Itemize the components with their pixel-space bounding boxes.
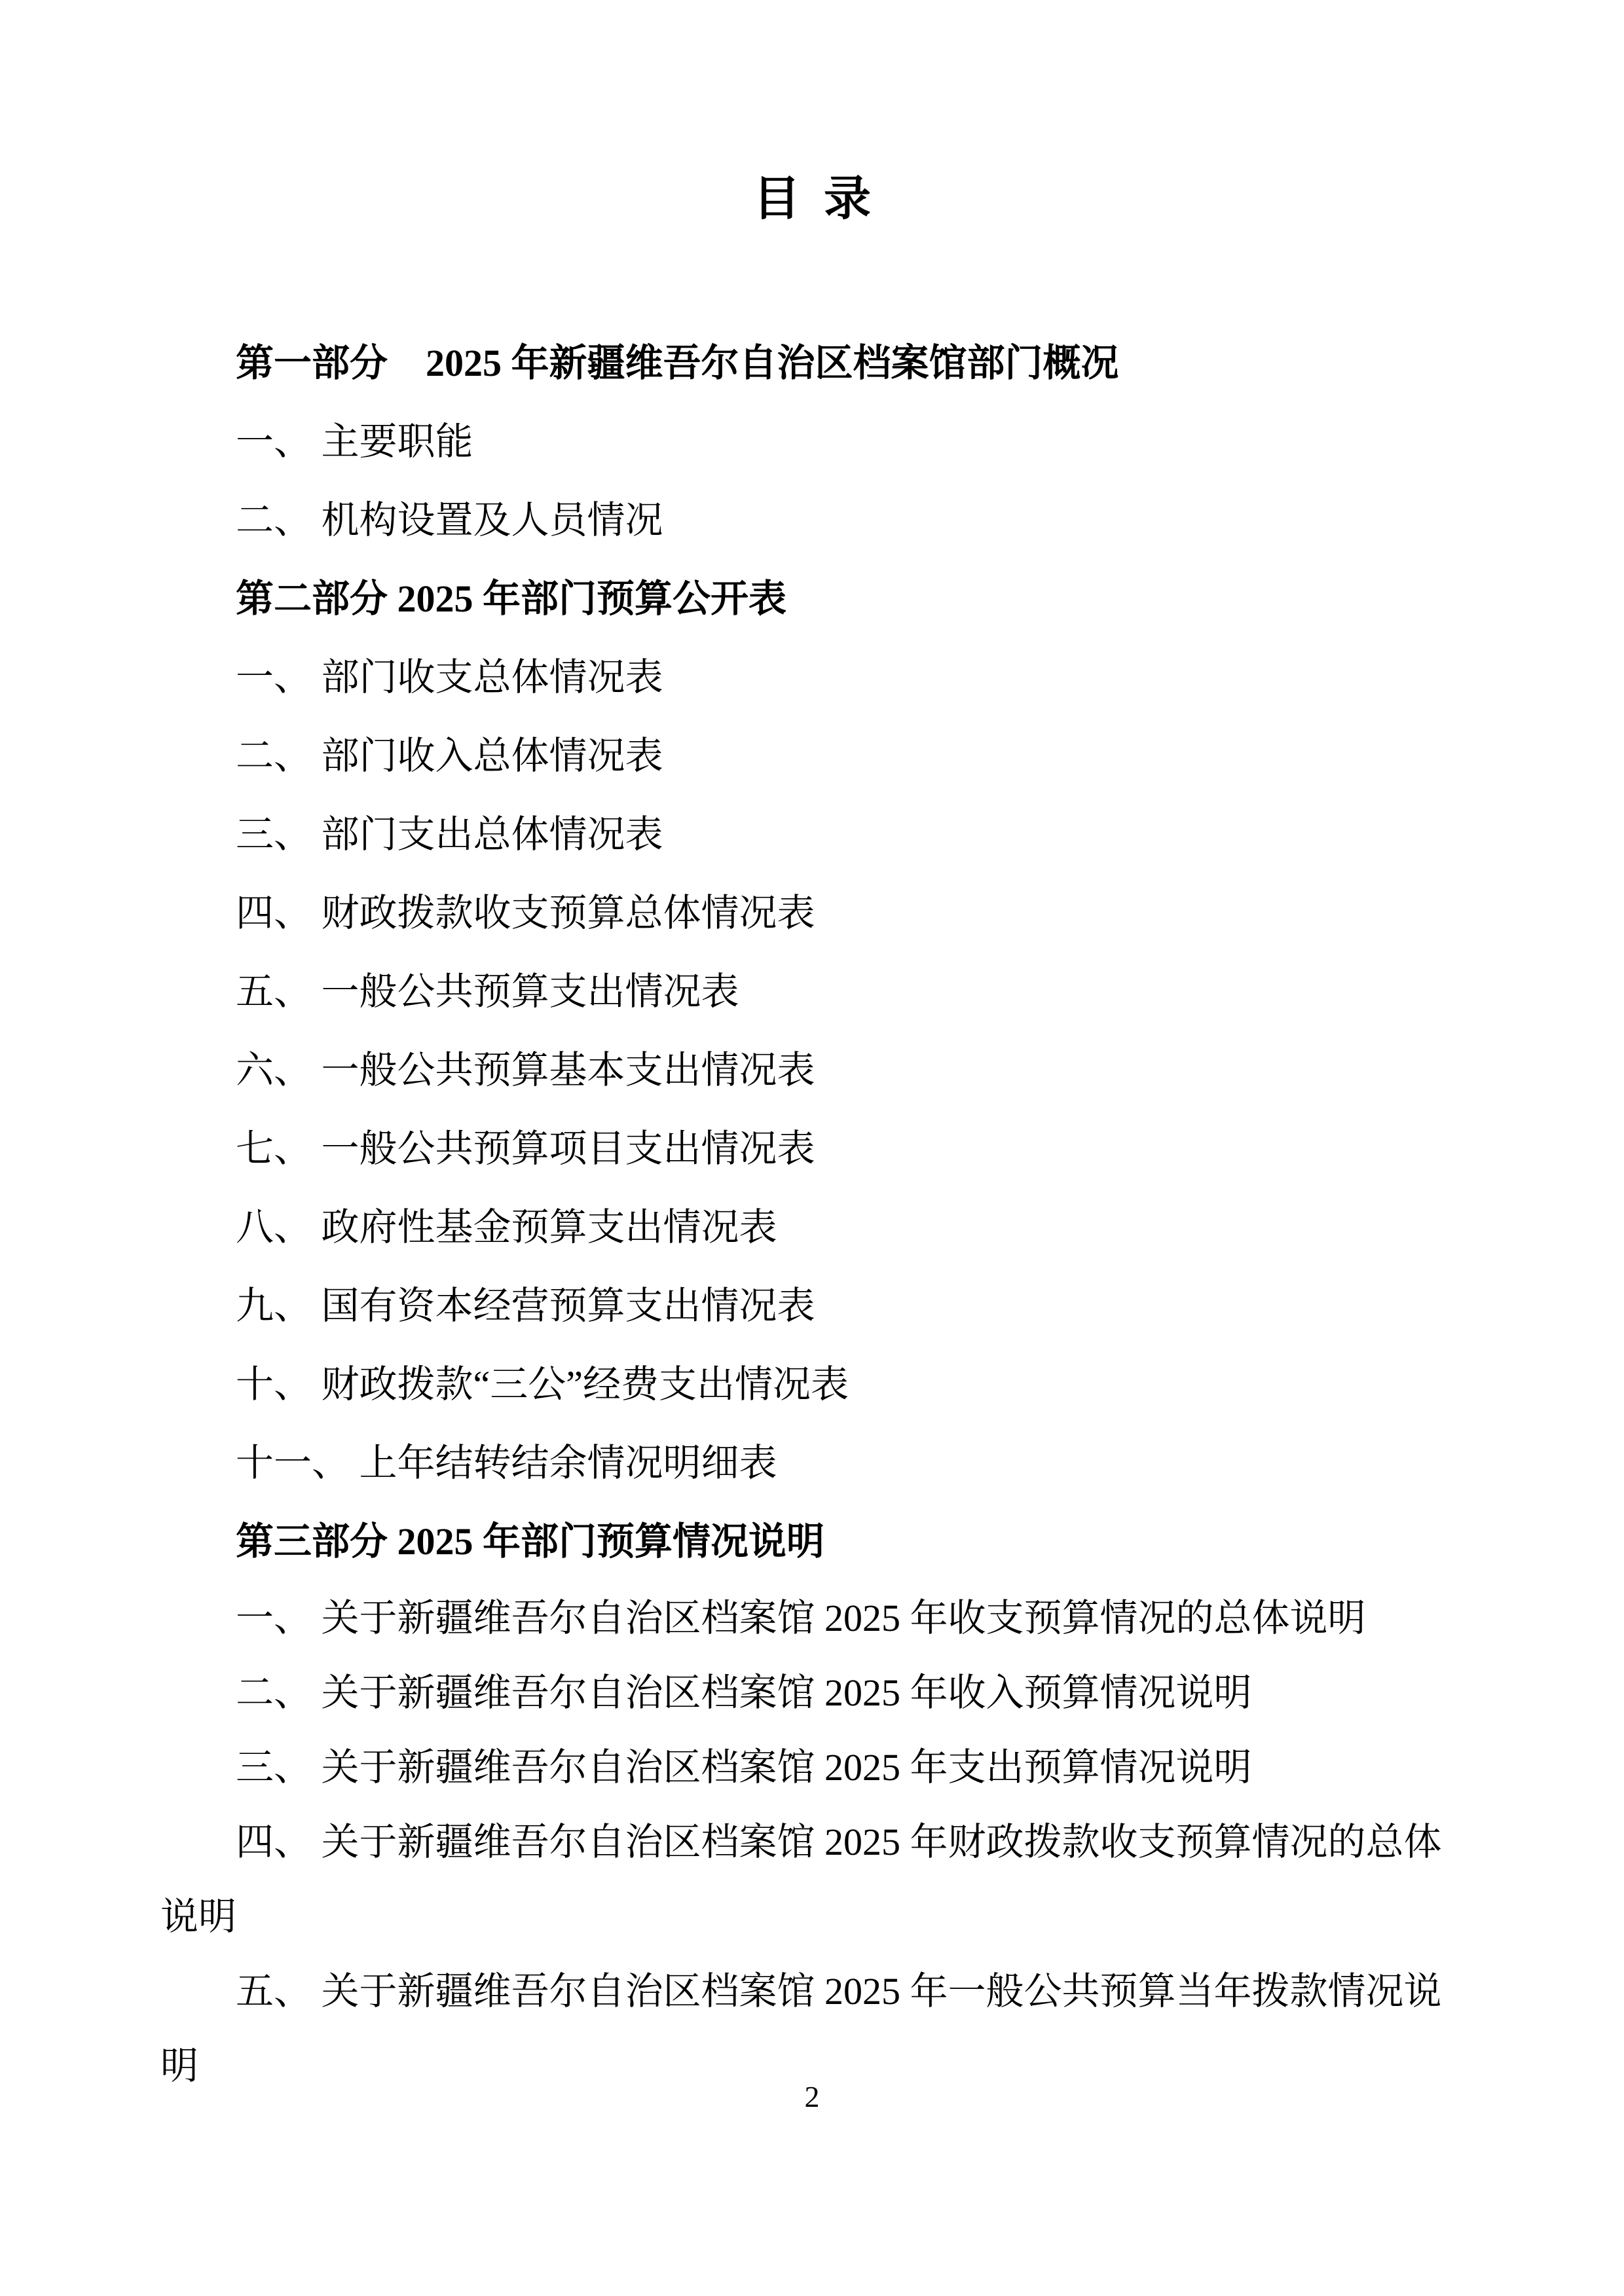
toc-item: 五、 关于新疆维吾尔自治区档案馆 2025 年一般公共预算当年拨款情况说明 xyxy=(160,1954,1503,2104)
toc-part-heading: 第三部分 2025 年部门预算情况说明 xyxy=(160,1503,1503,1581)
toc-item-line: 五、 关于新疆维吾尔自治区档案馆 2025 年一般公共预算当年拨款情况说 xyxy=(236,1970,1442,2013)
toc-item-line: 九、 国有资本经营预算支出情况表 xyxy=(236,1285,815,1327)
toc-item-line: 明 xyxy=(160,2045,198,2087)
toc: 第一部分 2025 年新疆维吾尔自治区档案馆部门概况一、 主要职能二、 机构设置… xyxy=(160,324,1503,2104)
toc-part-heading: 第一部分 2025 年新疆维吾尔自治区档案馆部门概况 xyxy=(160,324,1503,403)
toc-item: 八、 政府性基金预算支出情况表 xyxy=(160,1188,1503,1267)
toc-item-line: 三、 部门支出总体情况表 xyxy=(236,813,663,856)
toc-item: 一、 主要职能 xyxy=(160,403,1503,481)
toc-item: 一、 部门收支总体情况表 xyxy=(160,638,1503,717)
page-number: 2 xyxy=(0,2082,1624,2112)
toc-item: 十、 财政拨款“三公”经费支出情况表 xyxy=(160,1345,1503,1424)
toc-item-line: 五、 一般公共预算支出情况表 xyxy=(236,970,739,1013)
toc-item: 六、 一般公共预算基本支出情况表 xyxy=(160,1031,1503,1110)
toc-item-line: 说明 xyxy=(160,1895,236,1938)
toc-part-heading: 第二部分 2025 年部门预算公开表 xyxy=(160,560,1503,638)
toc-title: 目 录 xyxy=(0,0,1624,223)
toc-item-line: 一、 主要职能 xyxy=(236,420,473,463)
toc-item-line: 十一、 上年结转结余情况明细表 xyxy=(236,1442,777,1484)
toc-item: 三、 关于新疆维吾尔自治区档案馆 2025 年支出预算情况说明 xyxy=(160,1730,1503,1805)
toc-item-line: 四、 关于新疆维吾尔自治区档案馆 2025 年财政拨款收支预算情况的总体 xyxy=(236,1821,1442,1863)
toc-item-line: 一、 部门收支总体情况表 xyxy=(236,656,663,699)
toc-item: 四、 关于新疆维吾尔自治区档案馆 2025 年财政拨款收支预算情况的总体说明 xyxy=(160,1805,1503,1954)
toc-item-line: 三、 关于新疆维吾尔自治区档案馆 2025 年支出预算情况说明 xyxy=(236,1746,1252,1789)
document-page: 目 录 第一部分 2025 年新疆维吾尔自治区档案馆部门概况一、 主要职能二、 … xyxy=(0,0,1624,2296)
toc-item: 二、 部门收入总体情况表 xyxy=(160,717,1503,795)
toc-item-line: 二、 机构设置及人员情况 xyxy=(236,499,663,541)
toc-item: 三、 部门支出总体情况表 xyxy=(160,795,1503,874)
toc-item-line: 六、 一般公共预算基本支出情况表 xyxy=(236,1049,815,1091)
toc-item-line: 二、 部门收入总体情况表 xyxy=(236,735,663,777)
toc-item-line: 八、 政府性基金预算支出情况表 xyxy=(236,1206,777,1248)
toc-item: 九、 国有资本经营预算支出情况表 xyxy=(160,1267,1503,1345)
toc-item-line: 十、 财政拨款“三公”经费支出情况表 xyxy=(236,1363,849,1406)
toc-item: 二、 关于新疆维吾尔自治区档案馆 2025 年收入预算情况说明 xyxy=(160,1656,1503,1730)
toc-item-line: 一、 关于新疆维吾尔自治区档案馆 2025 年收支预算情况的总体说明 xyxy=(236,1597,1366,1639)
toc-item: 二、 机构设置及人员情况 xyxy=(160,481,1503,560)
toc-item: 七、 一般公共预算项目支出情况表 xyxy=(160,1110,1503,1188)
toc-item: 五、 一般公共预算支出情况表 xyxy=(160,953,1503,1031)
toc-item: 四、 财政拨款收支预算总体情况表 xyxy=(160,874,1503,953)
toc-item: 十一、 上年结转结余情况明细表 xyxy=(160,1424,1503,1503)
toc-item-line: 七、 一般公共预算项目支出情况表 xyxy=(236,1127,815,1170)
toc-item-line: 四、 财政拨款收支预算总体情况表 xyxy=(236,892,815,934)
toc-item-line: 二、 关于新疆维吾尔自治区档案馆 2025 年收入预算情况说明 xyxy=(236,1671,1252,1714)
toc-item: 一、 关于新疆维吾尔自治区档案馆 2025 年收支预算情况的总体说明 xyxy=(160,1581,1503,1656)
